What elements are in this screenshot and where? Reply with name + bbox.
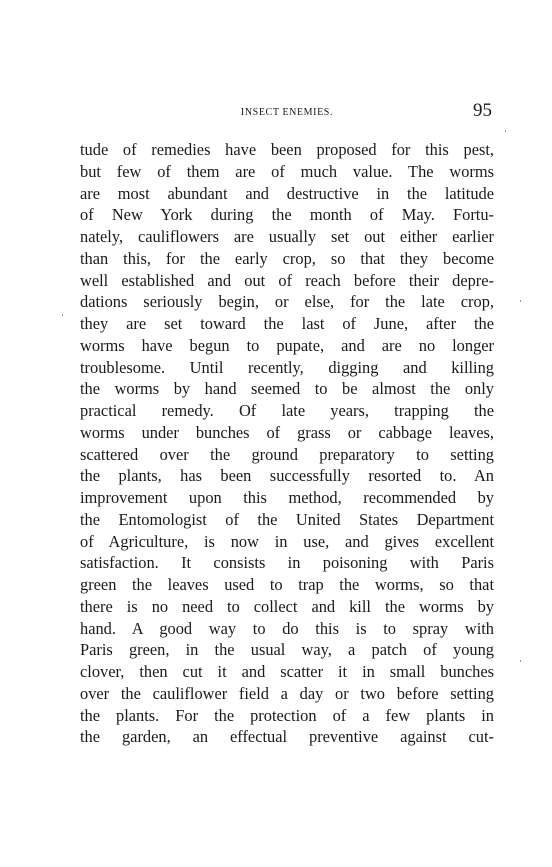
text-line: are most abundant and destructive in the… (80, 183, 494, 205)
text-line: there is no need to collect and kill the… (80, 596, 494, 618)
text-line: of New York during the month of May. For… (80, 204, 494, 226)
text-line: green the leaves used to trap the worms,… (80, 574, 494, 596)
text-line: dations seriously begin, or else, for th… (80, 291, 494, 313)
text-line: but few of them are of much value. The w… (80, 161, 494, 183)
text-line: satisfaction. It consists in poisoning w… (80, 552, 494, 574)
text-line: they are set toward the last of June, af… (80, 313, 494, 335)
text-line: than this, for the early crop, so that t… (80, 248, 494, 270)
scan-speck (520, 660, 521, 662)
scan-speck (62, 314, 63, 316)
text-line: worms under bunches of grass or cabbage … (80, 422, 494, 444)
text-line: over the cauliflower field a day or two … (80, 683, 494, 705)
text-line: worms have begun to pupate, and are no l… (80, 335, 494, 357)
text-line: the plants. For the protection of a few … (80, 705, 494, 727)
scan-speck (505, 130, 506, 132)
running-head: INSECT ENEMIES. 95 (80, 104, 494, 124)
text-line: well established and out of reach before… (80, 270, 494, 292)
text-line: the garden, an effectual preventive agai… (80, 726, 494, 748)
text-line: practical remedy. Of late years, trappin… (80, 400, 494, 422)
text-line: of Agriculture, is now in use, and gives… (80, 531, 494, 553)
text-line: tude of remedies have been proposed for … (80, 139, 494, 161)
text-line: improvement upon this method, recommende… (80, 487, 494, 509)
text-line: troublesome. Until recently, digging and… (80, 357, 494, 379)
text-line: the worms by hand seemed to be almost th… (80, 378, 494, 400)
body-text: tude of remedies have been proposed for … (80, 139, 494, 748)
text-line: clover, then cut it and scatter it in sm… (80, 661, 494, 683)
scan-speck (520, 300, 521, 302)
text-line: nately, cauliflowers are usually set out… (80, 226, 494, 248)
page-number: 95 (473, 100, 492, 122)
text-line: hand. A good way to do this is to spray … (80, 618, 494, 640)
text-line: the plants, has been successfully resort… (80, 465, 494, 487)
text-line: Paris green, in the usual way, a patch o… (80, 639, 494, 661)
text-line: the Entomologist of the United States De… (80, 509, 494, 531)
book-page: INSECT ENEMIES. 95 tude of remedies have… (0, 0, 552, 867)
running-title: INSECT ENEMIES. (80, 107, 494, 118)
text-line: scattered over the ground preparatory to… (80, 444, 494, 466)
